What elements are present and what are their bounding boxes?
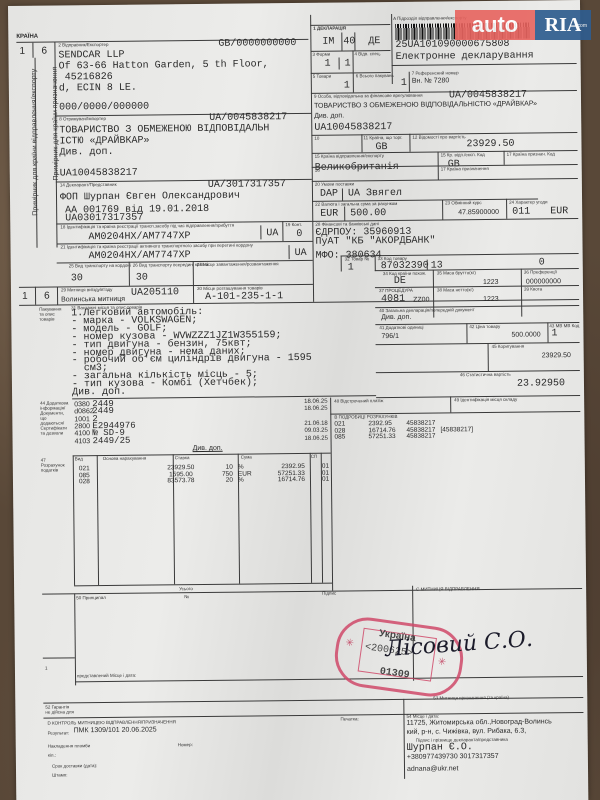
invoice-currency: EUR: [320, 209, 338, 220]
receiver-name-1: ТОВАРИСТВО З ОБМЕЖЕНОЮ ВІДПОВІДАЛЬН: [59, 123, 269, 136]
procedure: 4081: [381, 294, 405, 305]
origin-country: DE: [394, 276, 406, 287]
delivery-terms: DAP: [320, 189, 338, 200]
control-label: D КОНТРОЛЬ МИТНИЦЕЮ ВІДПРАВЛЕННЯ/ПРИЗНАЧ…: [47, 719, 175, 725]
prev-doc: Див. доп.: [381, 314, 411, 321]
preference-label: 36 Преференції: [524, 269, 557, 274]
tax-type: 028: [79, 478, 90, 485]
goods-description: 1.Легковий автомобіль: - марка - VOLKSWA…: [71, 308, 312, 397]
customs-declaration-sheet: Примірник для країни відправлення/експор…: [8, 0, 588, 800]
transaction-currency: EUR: [550, 206, 568, 217]
dispatch-country: Великобританія: [315, 162, 399, 174]
tax-sp: 01: [322, 476, 329, 483]
seals-label: Накладення пломби: [48, 743, 90, 748]
tax-rate: 20: [211, 477, 233, 484]
forms-value-2: 1: [345, 58, 351, 69]
deferred-payment-label: 48 Відстрочений платіж: [334, 398, 383, 404]
payment-ref: 45838217: [406, 433, 435, 440]
ria-domain: .com: [576, 11, 587, 41]
place-address-1: 11725, Житомирська обл.,Новоград-Волинсь: [406, 718, 551, 727]
item-no-label: 32 Товар №: [345, 256, 370, 261]
deadline-label: Срок доставки (дата):: [52, 763, 97, 768]
place-label: 54 Місце і дата:: [406, 714, 439, 719]
item-no: 1: [348, 262, 354, 273]
document-code: 1001: [74, 416, 90, 423]
exchange-rate-label: 23 Обмінний курс: [445, 200, 482, 205]
exporter-code: GB/0000000000: [218, 38, 296, 50]
declaration-number: 25UA101090000675808: [395, 39, 509, 51]
customs-copy-1: 1: [22, 291, 28, 302]
goods-count: 1: [344, 80, 350, 91]
principal-label: 50 Принципал: [76, 595, 106, 600]
principal-place-label: представлений Місце і дата:: [77, 673, 136, 679]
payment-row: 08557251.3345838217: [334, 431, 574, 441]
declaration-type-3: ДЕ: [368, 36, 380, 47]
net-mass-label: 38 Маса нетто(кг): [437, 287, 474, 292]
box25-label: 25 Вид транспорту на кордоні: [69, 263, 131, 269]
hs-extra: 0: [539, 257, 545, 268]
control-result-label: Результат:: [48, 730, 70, 735]
guarantee-label: 52 Гарантія не дійсна для: [45, 704, 75, 714]
warehouse-label: 49 Ідентифікація місця складу: [454, 397, 517, 403]
receiver-see-additional: Див. доп.: [59, 147, 113, 159]
country-header: КРАЇНА: [16, 34, 38, 40]
mv-code: 1: [551, 328, 557, 339]
tax-row: 02883573.7820%16714.7601: [73, 476, 331, 486]
box10-label: 10: [314, 136, 319, 141]
declarant-email: adnana@ukr.net: [407, 765, 459, 773]
tax-col-type: Вид: [75, 456, 83, 461]
procedure-label: 37 ПРОЦЕДУРА: [379, 288, 413, 293]
forms-value-1: 1: [325, 59, 331, 70]
box51-label: 1: [45, 666, 48, 671]
transport-inland: 30: [136, 273, 148, 284]
control-result: ПМК 1309/101 20.06.2025: [74, 726, 157, 734]
value-info: 23929.50: [466, 139, 514, 151]
box29-label: 29 Митниця виїзду/в'їзду: [61, 287, 112, 293]
declarant-label: 14 Декларант/Представник: [60, 182, 117, 188]
seals-number-label: Номер:: [178, 742, 193, 747]
dispatch-code-label: 15 Кр. відп./експ. Код: [441, 152, 485, 157]
payment-sum: 57251.33: [368, 433, 395, 440]
exporter-address-1: Of 63-66 Hatton Garden, 5 th Floor,: [59, 59, 269, 72]
forms-label: 3 Форми: [312, 52, 330, 57]
supp-units-label: 41 Додаткові одиниці: [379, 325, 423, 330]
autoria-logo-auto: auto: [455, 10, 535, 40]
ref-number: Вн. № 7280: [412, 77, 450, 84]
supp-units: 796/1: [381, 333, 399, 340]
fin-person-see-additional: Див. доп.: [314, 112, 344, 119]
bank-name: ПуАТ "КБ "АКОРДБАНК": [315, 236, 435, 248]
copy-number-1: 1: [19, 46, 25, 57]
box18-label: 18 Ідентифікація та країна реєстрації тр…: [60, 223, 234, 230]
box27-label: 27 Місце завантаження/розвантаження: [197, 261, 279, 267]
document-date: 18.06.25: [304, 399, 327, 405]
document-code: 2800: [74, 423, 90, 430]
invoice-total-label: 22 Валюта і загальна сума за рахунком: [315, 201, 397, 207]
tax-col-base: Основа нарахування: [103, 456, 147, 461]
documents-label: 44 Додаткова інформація/ Документи, що д…: [40, 400, 70, 435]
document-value: 2449/25: [93, 435, 131, 445]
tax-col-rate: Ставка: [175, 455, 190, 460]
payment-type: 085: [334, 433, 345, 440]
fin-person-name: ТОВАРИСТВО З ОБМЕЖЕНОЮ ВІДПОВІДАЛЬНІСТЮ …: [314, 100, 537, 109]
document-date: 21.06.18: [304, 421, 327, 427]
receiver-label: 8 Отримувач/Імпортер: [59, 116, 106, 121]
tax-sum: 16714.76: [278, 476, 305, 483]
fin-person-label: 9 Особа, відповідальна за фінансове врег…: [314, 93, 423, 99]
packages-label: 6 Всього пакувань: [356, 73, 394, 78]
stat-value-label: 46 Статистична вартість: [460, 372, 511, 378]
box16-label: 16: [315, 168, 320, 173]
procedure-extra: ZZ00: [413, 297, 429, 304]
control-stamp-label: Штамп:: [52, 772, 67, 777]
destination-customs-label: 53 Митниця призначення (та країна): [433, 695, 509, 701]
declaration-label: 1 ДЕКЛАРАЦІЯ: [313, 25, 346, 30]
goods-count-label: 5 Товари: [313, 74, 332, 79]
tax-base: 83573.78: [167, 477, 194, 484]
receiver-id: UA10045838217: [60, 168, 138, 180]
box21-label: 21 Ідентифікація та країна реєстрації ак…: [61, 242, 253, 249]
payments-label: B ПОДРОБИЦІ РОЗРАХУНКІВ: [334, 414, 397, 420]
declarant-code: UA/3017317357: [208, 179, 286, 191]
stat-value: 23.92950: [517, 378, 565, 390]
spec-label: 4 Відв. спец.: [354, 51, 380, 56]
value-info-label: 12 Відомості про вартість: [412, 134, 465, 140]
destination-country-label: 17 Країна призначення: [441, 166, 489, 172]
box19-label: 19 Конт.: [285, 222, 302, 227]
bank-data-label: 28 Фінансові та банківські дані: [315, 221, 379, 227]
exit-customs-name: Волинська митниця: [61, 296, 125, 304]
document-code: 4100: [74, 430, 90, 437]
document-date: 18.06.25: [305, 435, 328, 441]
transaction-nature-label: 24 Характер угоди: [509, 199, 547, 204]
exporter-address-2: 45216826: [65, 72, 113, 84]
net-mass: 1223: [483, 296, 499, 303]
exchange-rate: 47.85900000: [458, 209, 499, 216]
packages-count: 1: [401, 78, 407, 89]
destination-code-label: 17 Країна признач. Код: [507, 151, 555, 157]
departure-customs-label: C МИТНИЦЯ ВІДПРАВЛЕННЯ: [416, 586, 479, 592]
ref-number-label: 7 Референсний номер: [412, 70, 459, 75]
document-code: d0862: [74, 408, 94, 415]
declaration-type-1: IM: [322, 37, 334, 48]
invoice-total: 500.00: [350, 208, 386, 219]
fin-person-id: UA10045838217: [314, 122, 392, 134]
container-flag: 0: [296, 229, 302, 240]
autoria-logo-ria: RIA.com: [535, 10, 591, 40]
declarant-short-name: Шурпан Є.О.: [407, 742, 473, 754]
transaction-nature: 011: [512, 207, 530, 218]
document-date: 09.03.25: [304, 428, 327, 434]
dispatch-country-label: 15 Країна відправлення/експорту: [315, 153, 384, 159]
declarant-phone: +380977439730 3017317357: [407, 753, 499, 761]
seals-qty-label: кіл.:: [48, 753, 56, 758]
exporter-address-3: d, ECIN 8 LE.: [59, 83, 137, 95]
document-code: 0380: [74, 401, 90, 408]
delivery-place: UA Звягел: [348, 188, 402, 200]
tax-col-sum: Сума: [241, 454, 252, 459]
box30-label: 30 Місце розташування товарів: [197, 285, 263, 291]
prev-doc-label: 40 Загальна декларація/попередній докуме…: [379, 307, 474, 313]
taxes-label: 47 Розрахунок податків: [41, 457, 71, 472]
stamp-emblem-icon: ✳: [345, 637, 355, 649]
adjustment-label: 45 Коригування: [492, 344, 525, 349]
documents-see-additional: Див. доп.: [193, 445, 223, 452]
principal-sign-label: Підпис: [322, 591, 336, 596]
gross-mass-label: 35 Маса брутто(кг): [437, 270, 476, 275]
exporter-label: 2 Відправник/Експортер: [58, 42, 108, 48]
declarant-name: ФОП Шурпан Євген Олександрович: [60, 191, 240, 204]
vehicle-departure-country: UA: [266, 228, 278, 239]
tax-unit: %: [238, 477, 244, 484]
document-code: 4103: [75, 438, 91, 445]
exporter-name: SENDCAR LLP: [58, 50, 124, 62]
delivery-terms-label: 20 Умови поставки: [315, 181, 354, 186]
exit-customs-code: UA205110: [131, 287, 179, 299]
vehicle-border-country: UA: [295, 248, 307, 259]
fin-person-code: UA/0045838217: [449, 90, 527, 102]
tax-col-sp: СП: [311, 454, 318, 459]
quota-label: 39 Квота: [524, 286, 542, 291]
electronic-declaration: Електронне декларування: [396, 50, 534, 62]
trade-country-label: 11 Країна, що торг.: [363, 135, 402, 140]
copy-number-2: 6: [41, 46, 47, 57]
receiver-code: UA/0045838217: [209, 112, 287, 124]
goods-location: A-101-235-1-1: [205, 291, 283, 303]
transport-border: 30: [71, 273, 83, 284]
customs-copy-2: 6: [44, 291, 50, 302]
item-price-label: 42 Ціна товару: [469, 324, 500, 329]
document-date: 18.06.25: [304, 406, 327, 412]
print-label: Печатка:: [340, 716, 358, 721]
exporter-id: 000/0000/000000: [59, 102, 149, 114]
taxes-total-label: Усього: [179, 586, 193, 591]
item-price: 500.0000: [511, 331, 540, 338]
goods-side-label: Пакування та опис товарів: [39, 306, 59, 321]
receiver-name-2: ІСТЮ «ДРАЙВКАР»: [59, 136, 149, 148]
place-address-2: кий, р-н, с. Чижівка, вул. Рибака, 6.3,: [407, 728, 527, 736]
adjustment: 23929.50: [542, 352, 571, 359]
principal-no-label: №: [184, 594, 189, 599]
